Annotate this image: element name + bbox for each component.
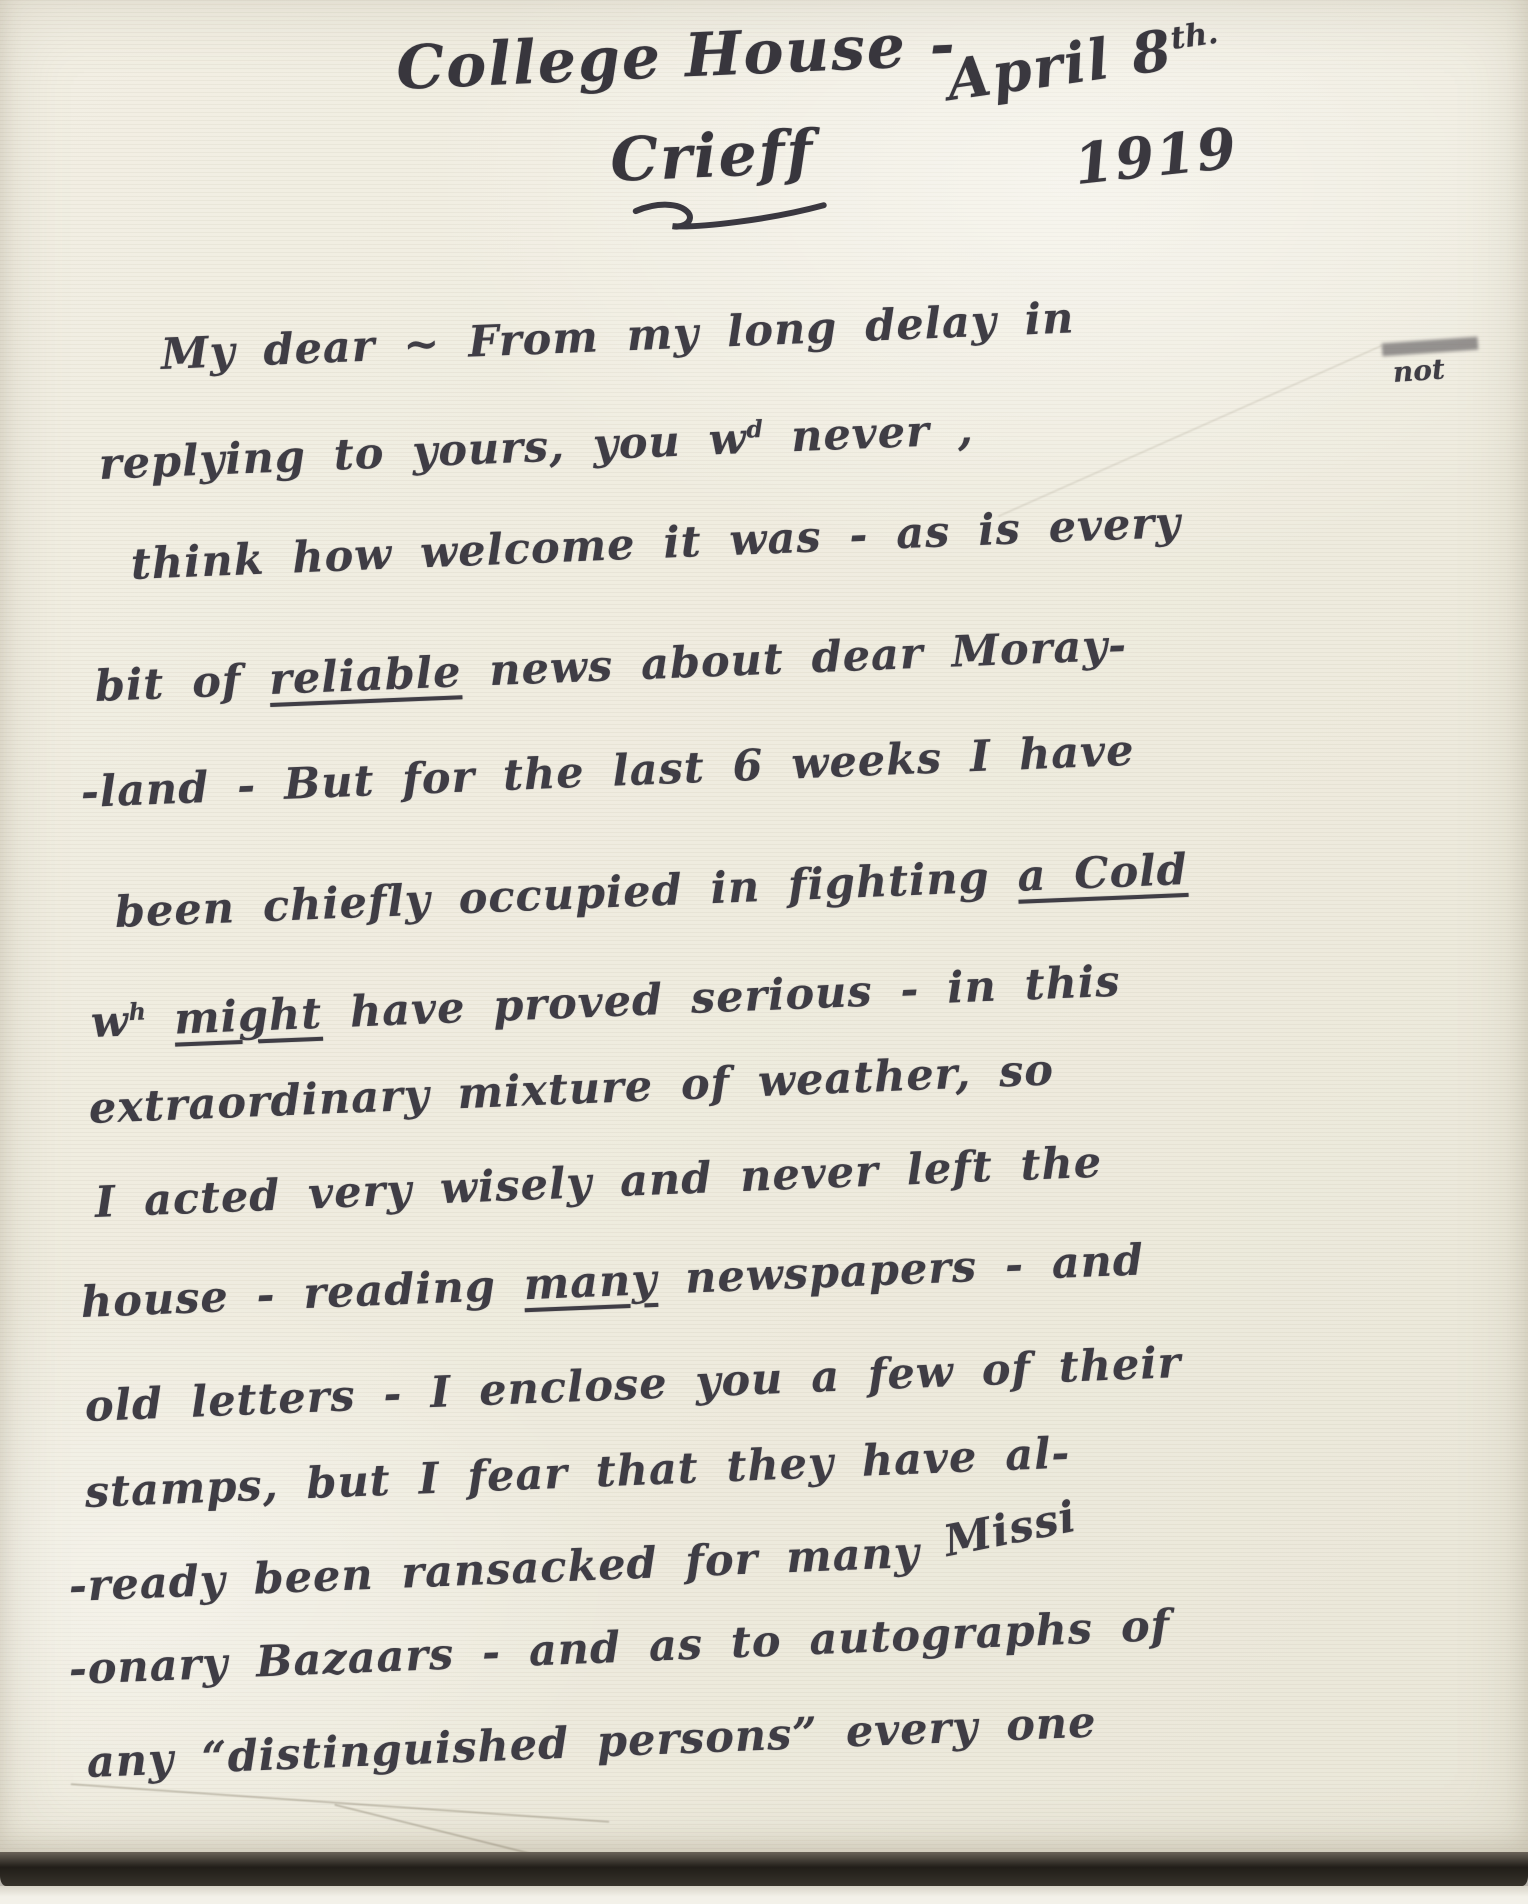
abbreviation-superscript: h — [128, 997, 146, 1026]
line-text: bit of — [94, 655, 270, 712]
underlined-word: many — [523, 1255, 659, 1310]
underlined-word: might — [173, 989, 323, 1045]
underlined-word: reliable — [268, 647, 462, 705]
underlying-page-edge — [0, 1886, 1528, 1904]
date-ordinal: th. — [1168, 15, 1220, 57]
note-text: not — [1392, 352, 1446, 389]
abbreviation-superscript: d — [746, 415, 764, 444]
line-text — [145, 995, 175, 1046]
letterhead-address-line2: Crieff — [609, 117, 816, 196]
line-text: never , — [762, 405, 974, 463]
scan-edge-shadow — [0, 1852, 1528, 1886]
inserted-word-note: not — [1392, 352, 1446, 389]
scanned-letter: College House - Crieff April 8th. 1919 M… — [0, 0, 1528, 1904]
line-text: w — [90, 997, 130, 1048]
underlined-word: a Cold — [1017, 845, 1189, 902]
address-text: Crieff — [609, 117, 816, 196]
